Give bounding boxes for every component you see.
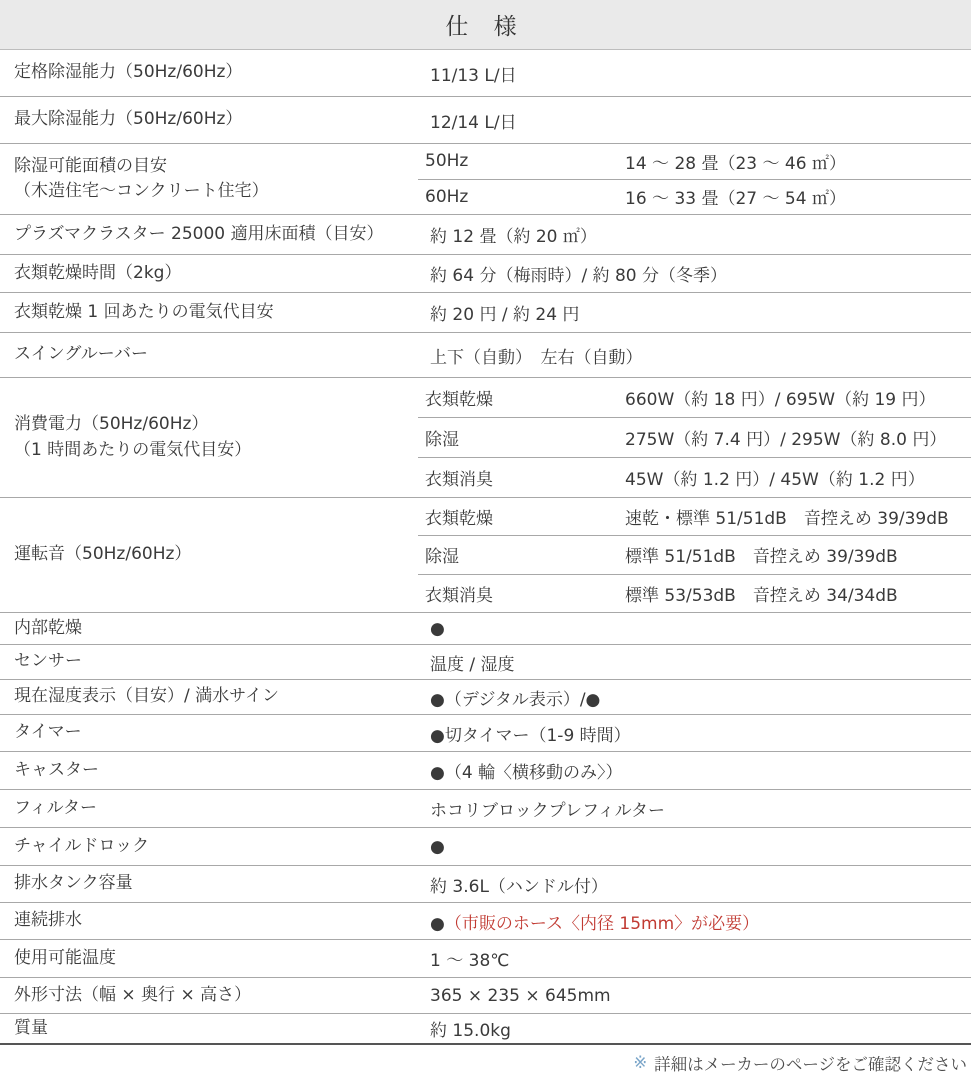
spec-title: 仕 様 [0,0,971,50]
subrow-clothes-drying: 衣類乾燥 660W（約 18 円）/ 695W（約 19 円） [418,378,971,417]
row-plasmacluster-area: プラズマクラスター 25000 適用床面積（目安） 約 12 畳（約 20 ㎡） [0,215,971,255]
spec-label: 排水タンク容量 [0,871,430,897]
row-caster: キャスター ●（4 輪〈横移動のみ〉） [0,752,971,790]
spec-label: センサー [0,649,430,675]
drain-bullet: ● [430,914,445,934]
subrow-dehumidify: 除湿 275W（約 7.4 円）/ 295W（約 8.0 円） [418,417,971,457]
row-power-consumption: 消費電力（50Hz/60Hz） （1 時間あたりの電気代目安） 衣類乾燥 660… [0,378,971,498]
spec-value: 1 〜 38℃ [430,946,971,971]
spec-value: ●（市販のホース〈内径 15mm〉が必要） [430,909,971,934]
spec-value: 約 3.6L（ハンドル付） [430,872,971,897]
spec-value: 約 12 畳（約 20 ㎡） [430,222,971,247]
spec-value: ● [430,837,971,857]
spec-label-line1: 運転音（50Hz/60Hz） [14,542,418,568]
spec-value: ●（デジタル表示）/● [430,685,971,710]
spec-label: スイングルーバー [0,342,430,368]
sub-label: 衣類消臭 [418,581,625,606]
spec-label: 外形寸法（幅 × 奥行 × 高さ） [0,983,430,1009]
subrows: 50Hz 14 〜 28 畳（23 〜 46 ㎡） 60Hz 16 〜 33 畳… [418,144,971,214]
row-timer: タイマー ●切タイマー（1-9 時間） [0,715,971,752]
spec-label: 使用可能温度 [0,946,430,972]
sub-value: 標準 53/53dB 音控えめ 34/34dB [625,581,971,606]
spec-label: プラズマクラスター 25000 適用床面積（目安） [0,222,430,248]
spec-label: 消費電力（50Hz/60Hz） （1 時間あたりの電気代目安） [0,378,418,497]
spec-label: タイマー [0,720,430,746]
spec-label: 内部乾燥 [0,616,430,642]
sub-value: 14 〜 28 畳（23 〜 46 ㎡） [625,149,971,174]
sub-label: 衣類乾燥 [418,504,625,529]
spec-label: 定格除湿能力（50Hz/60Hz） [0,60,430,86]
spec-value: 約 20 円 / 約 24 円 [430,300,971,325]
subrow-clothes-drying: 衣類乾燥 速乾・標準 51/51dB 音控えめ 39/39dB [418,498,971,535]
sub-value: 275W（約 7.4 円）/ 295W（約 8.0 円） [625,425,971,450]
spec-label: 除湿可能面積の目安 （木造住宅〜コンクリート住宅） [0,144,418,214]
sub-label: 60Hz [418,187,625,207]
spec-label-line2: （1 時間あたりの電気代目安） [14,438,418,464]
row-internal-drying: 内部乾燥 ● [0,613,971,645]
spec-label: 運転音（50Hz/60Hz） [0,498,418,612]
spec-label: 衣類乾燥時間（2kg） [0,261,430,287]
row-operating-temperature: 使用可能温度 1 〜 38℃ [0,940,971,978]
spec-sheet: 仕 様 定格除湿能力（50Hz/60Hz） 11/13 L/日 最大除湿能力（5… [0,0,971,1080]
sub-value: 660W（約 18 円）/ 695W（約 19 円） [625,385,971,410]
spec-label-line2: （木造住宅〜コンクリート住宅） [14,179,418,205]
row-operating-noise: 運転音（50Hz/60Hz） 衣類乾燥 速乾・標準 51/51dB 音控えめ 3… [0,498,971,613]
reference-mark-icon: ※ [633,1053,647,1072]
subrows: 衣類乾燥 速乾・標準 51/51dB 音控えめ 39/39dB 除湿 標準 51… [418,498,971,612]
sub-value: 速乾・標準 51/51dB 音控えめ 39/39dB [625,504,971,529]
sub-value: 16 〜 33 畳（27 〜 54 ㎡） [625,184,971,209]
spec-label-line1: 除湿可能面積の目安 [14,154,418,180]
subrow-deodorize: 衣類消臭 標準 53/53dB 音控えめ 34/34dB [418,574,971,612]
footer-note-text: 詳細はメーカーのページをご確認ください [654,1051,967,1075]
spec-value: 11/13 L/日 [430,61,971,86]
spec-label: 連続排水 [0,908,430,934]
sub-label: 衣類乾燥 [418,385,625,410]
spec-value: 約 64 分（梅雨時）/ 約 80 分（冬季） [430,261,971,286]
spec-label: チャイルドロック [0,834,430,860]
row-continuous-drain: 連続排水 ●（市販のホース〈内径 15mm〉が必要） [0,903,971,940]
spec-label-line1: 消費電力（50Hz/60Hz） [14,412,418,438]
row-humidity-display: 現在湿度表示（目安）/ 満水サイン ●（デジタル表示）/● [0,680,971,715]
sub-value: 45W（約 1.2 円）/ 45W（約 1.2 円） [625,465,971,490]
subrow-dehumidify: 除湿 標準 51/51dB 音控えめ 39/39dB [418,535,971,573]
sub-value: 標準 51/51dB 音控えめ 39/39dB [625,542,971,567]
row-drying-time: 衣類乾燥時間（2kg） 約 64 分（梅雨時）/ 約 80 分（冬季） [0,255,971,293]
subrows: 衣類乾燥 660W（約 18 円）/ 695W（約 19 円） 除湿 275W（… [418,378,971,497]
drain-requirement-warning: （市販のホース〈内径 15mm〉が必要） [445,914,759,934]
spec-value: 上下（自動） 左右（自動） [430,343,971,368]
row-child-lock: チャイルドロック ● [0,828,971,866]
row-drying-electricity-cost: 衣類乾燥 1 回あたりの電気代目安 約 20 円 / 約 24 円 [0,293,971,333]
row-weight: 質量 約 15.0kg [0,1014,971,1045]
spec-label: 衣類乾燥 1 回あたりの電気代目安 [0,300,430,326]
spec-value: 約 15.0kg [430,1016,971,1041]
sub-label: 除湿 [418,425,625,450]
footer-note: ※ 詳細はメーカーのページをご確認ください [0,1045,971,1080]
row-rated-dehumidify-capacity: 定格除湿能力（50Hz/60Hz） 11/13 L/日 [0,50,971,97]
row-dimensions: 外形寸法（幅 × 奥行 × 高さ） 365 × 235 × 645mm [0,978,971,1014]
spec-value: 12/14 L/日 [430,108,971,133]
row-filter: フィルター ホコリブロックプレフィルター [0,790,971,828]
spec-label: フィルター [0,796,430,822]
spec-value: 365 × 235 × 645mm [430,986,971,1006]
spec-label: キャスター [0,758,430,784]
row-swing-louver: スイングルーバー 上下（自動） 左右（自動） [0,333,971,378]
spec-value: ホコリブロックプレフィルター [430,796,971,821]
spec-value: 温度 / 湿度 [430,650,971,675]
spec-label: 質量 [0,1016,430,1042]
row-max-dehumidify-capacity: 最大除湿能力（50Hz/60Hz） 12/14 L/日 [0,97,971,144]
sub-label: 除湿 [418,542,625,567]
spec-value: ●（4 輪〈横移動のみ〉） [430,758,971,783]
row-applicable-area: 除湿可能面積の目安 （木造住宅〜コンクリート住宅） 50Hz 14 〜 28 畳… [0,144,971,215]
spec-value: ●切タイマー（1-9 時間） [430,721,971,746]
subrow-50hz: 50Hz 14 〜 28 畳（23 〜 46 ㎡） [418,144,971,179]
row-tank-capacity: 排水タンク容量 約 3.6L（ハンドル付） [0,866,971,903]
sub-label: 50Hz [418,151,625,171]
row-sensor: センサー 温度 / 湿度 [0,645,971,680]
subrow-deodorize: 衣類消臭 45W（約 1.2 円）/ 45W（約 1.2 円） [418,457,971,497]
spec-label: 現在湿度表示（目安）/ 満水サイン [0,684,430,710]
spec-label: 最大除湿能力（50Hz/60Hz） [0,107,430,133]
sub-label: 衣類消臭 [418,465,625,490]
subrow-60hz: 60Hz 16 〜 33 畳（27 〜 54 ㎡） [418,179,971,215]
spec-value: ● [430,619,971,639]
